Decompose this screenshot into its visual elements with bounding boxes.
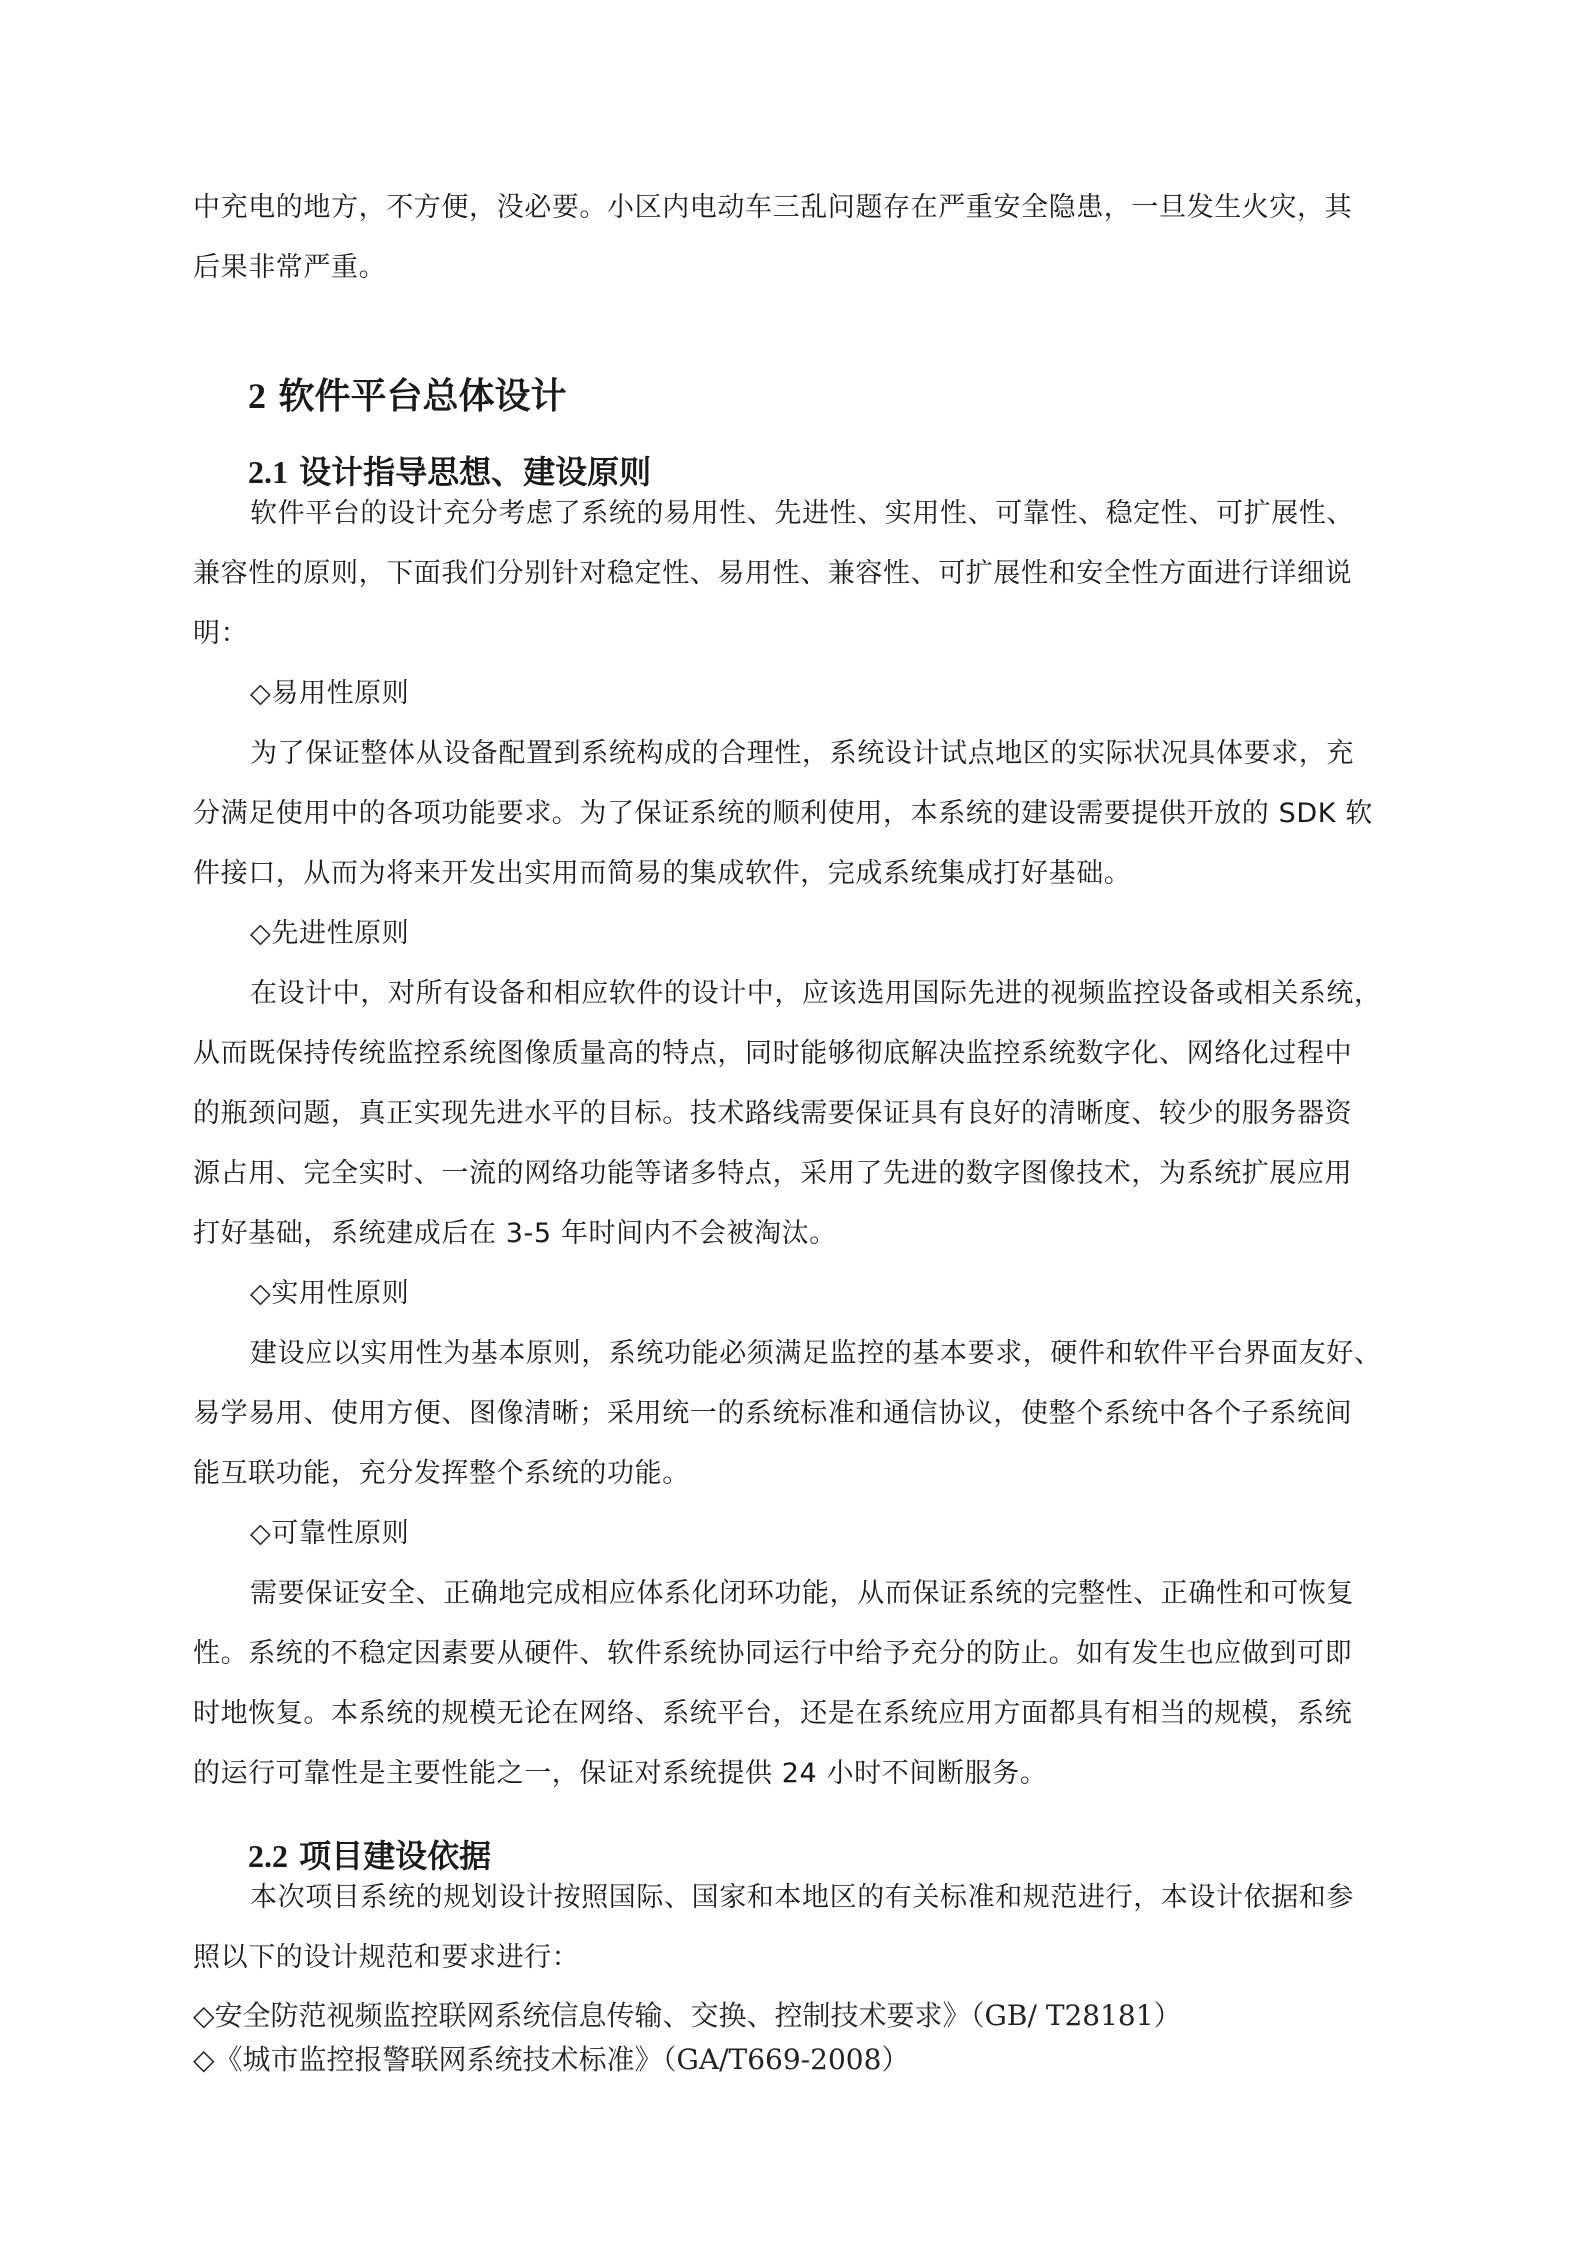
paragraph-line: 为了保证整体从设备配置到系统构成的合理性，系统设计试点地区的实际状况具体要求，充 xyxy=(250,736,1354,772)
subsection-number: 2.1 xyxy=(248,454,288,490)
paragraph-line: 明： xyxy=(193,616,248,652)
subsection-title: 设计指导思想、建设原则 xyxy=(299,453,651,491)
principle-title: ◇先进性原则 xyxy=(250,916,409,952)
paragraph-line: 时地恢复。本系统的规模无论在网络、系统平台，还是在系统应用方面都具有相当的规模，… xyxy=(193,1696,1352,1732)
paragraph-line: 的运行可靠性是主要性能之一，保证对系统提供 24 小时不间断服务。 xyxy=(193,1756,1047,1792)
paragraph-line: 本次项目系统的规划设计按照国际、国家和本地区的有关标准和规范进行，本设计依据和参 xyxy=(250,1880,1354,1916)
paragraph-line: 能互联功能，充分发挥整个系统的功能。 xyxy=(193,1456,690,1492)
paragraph-line: 分满足使用中的各项功能要求。为了保证系统的顺利使用，本系统的建设需要提供开放的 … xyxy=(193,796,1373,832)
paragraph-line: 照以下的设计规范和要求进行： xyxy=(193,1940,579,1976)
paragraph-line: 件接口，从而为将来开发出实用而简易的集成软件，完成系统集成打好基础。 xyxy=(193,856,1131,892)
paragraph-line: 易学易用、使用方便、图像清晰；采用统一的系统标准和通信协议，使整个系统中各个子系… xyxy=(193,1396,1352,1432)
section-title: 软件平台总体设计 xyxy=(279,375,567,417)
paragraph-line: 需要保证安全、正确地完成相应体系化闭环功能，从而保证系统的完整性、正确性和可恢复 xyxy=(250,1576,1354,1612)
principle-title: ◇实用性原则 xyxy=(250,1276,409,1312)
subsection-heading: 2.1 设计指导思想、建设原则 xyxy=(248,452,651,492)
paragraph-line: 中充电的地方，不方便，没必要。小区内电动车三乱问题存在严重安全隐患，一旦发生火灾… xyxy=(193,190,1352,226)
subsection-title: 项目建设依据 xyxy=(299,1837,491,1875)
paragraph-line: 后果非常严重。 xyxy=(193,250,386,286)
principle-title: ◇易用性原则 xyxy=(250,676,409,712)
section-number: 2 xyxy=(248,376,266,416)
paragraph-line: 的瓶颈问题，真正实现先进水平的目标。技术路线需要保证具有良好的清晰度、较少的服务… xyxy=(193,1096,1352,1132)
paragraph-line: 性。系统的不稳定因素要从硬件、软件系统协同运行中给予充分的防止。如有发生也应做到… xyxy=(193,1636,1352,1672)
reference-item: ◇《城市监控报警联网系统技术标准》（GA/T669-2008） xyxy=(193,2042,909,2078)
subsection-heading: 2.2 项目建设依据 xyxy=(248,1836,491,1876)
paragraph-line: 源占用、完全实时、一流的网络功能等诸多特点，采用了先进的数字图像技术，为系统扩展… xyxy=(193,1156,1352,1192)
paragraph-line: 从而既保持传统监控系统图像质量高的特点，同时能够彻底解决监控系统数字化、网络化过… xyxy=(193,1036,1352,1072)
paragraph-line: 打好基础，系统建成后在 3-5 年时间内不会被淘汰。 xyxy=(193,1216,837,1252)
subsection-number: 2.2 xyxy=(248,1838,288,1874)
paragraph-line: 建设应以实用性为基本原则，系统功能必须满足监控的基本要求，硬件和软件平台界面友好… xyxy=(250,1336,1382,1372)
document-page: 中充电的地方，不方便，没必要。小区内电动车三乱问题存在严重安全隐患，一旦发生火灾… xyxy=(0,0,1586,2244)
principle-title: ◇可靠性原则 xyxy=(250,1516,409,1552)
section-heading: 2 软件平台总体设计 xyxy=(248,374,567,418)
reference-item: ◇安全防范视频监控联网系统信息传输、交换、控制技术要求》（GB/ T28181） xyxy=(193,1998,1182,2034)
paragraph-line: 兼容性的原则，下面我们分别针对稳定性、易用性、兼容性、可扩展性和安全性方面进行详… xyxy=(193,556,1352,592)
paragraph-line: 软件平台的设计充分考虑了系统的易用性、先进性、实用性、可靠性、稳定性、可扩展性、 xyxy=(250,496,1354,532)
paragraph-line: 在设计中，对所有设备和相应软件的设计中，应该选用国际先进的视频监控设备或相关系统… xyxy=(250,976,1382,1012)
